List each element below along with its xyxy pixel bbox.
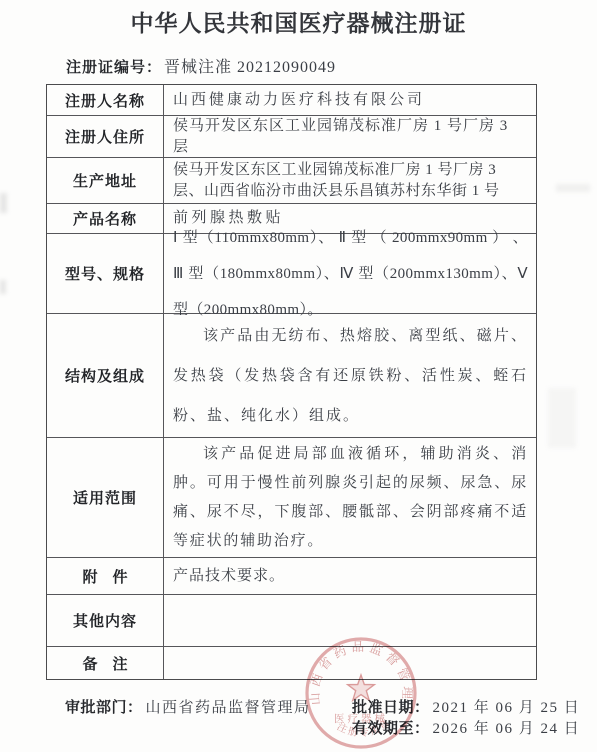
table-row-registrant-address: 注册人住所 侯马开发区东区工业园锦茂标准厂房 1 号厂房 3 层 xyxy=(47,115,536,157)
row-content: 侯马开发区东区工业园锦茂标准厂房 1 号厂房 3 层、山西省临汾市曲沃县乐昌镇苏… xyxy=(173,160,528,202)
row-label: 其他内容 xyxy=(47,595,164,646)
table-row-registrant-name: 注册人名称 山西健康动力医疗科技有限公司 xyxy=(47,85,536,115)
row-label: 适用范围 xyxy=(47,438,164,557)
row-label: 型号、规格 xyxy=(47,234,164,313)
scan-artifact xyxy=(0,280,6,294)
scan-artifact xyxy=(0,193,7,213)
valid-until-label: 有效期至： xyxy=(352,720,430,737)
approval-date: 批准日期：2021 年 06 月 25 日 xyxy=(352,696,580,717)
table-row-other-content: 其他内容 xyxy=(47,594,536,646)
row-content: 侯马开发区东区工业园锦茂标准厂房 1 号厂房 3 层 xyxy=(173,116,528,158)
row-content: 山西健康动力医疗科技有限公司 xyxy=(173,90,528,111)
row-label: 备 注 xyxy=(47,647,164,679)
scan-artifact xyxy=(556,184,590,192)
row-label: 结构及组成 xyxy=(47,314,164,437)
registration-number-value: 晋械注准 20212090049 xyxy=(164,59,336,76)
scan-artifact xyxy=(548,388,576,448)
certificate-page: 中华人民共和国医疗器械注册证 注册证编号：晋械注准 20212090049 注册… xyxy=(0,0,597,752)
row-content: 产品技术要求。 xyxy=(173,566,528,587)
table-row-production-address: 生产地址 侯马开发区东区工业园锦茂标准厂房 1 号厂房 3 层、山西省临汾市曲沃… xyxy=(47,157,536,203)
table-row-attachment: 附 件 产品技术要求。 xyxy=(47,557,536,594)
certificate-table: 注册人名称 山西健康动力医疗科技有限公司 注册人住所 侯马开发区东区工业园锦茂标… xyxy=(46,84,537,680)
approval-department: 审批部门：山西省药品监督管理局 xyxy=(65,696,311,717)
approval-department-value: 山西省药品监督管理局 xyxy=(146,700,311,716)
row-label: 附 件 xyxy=(47,558,164,594)
row-content: 该产品促进局部血液循环，辅助消炎、消肿。可用于慢性前列腺炎引起的尿频、尿急、尿痛… xyxy=(173,440,528,556)
row-label: 产品名称 xyxy=(47,204,164,233)
row-label: 注册人名称 xyxy=(47,85,164,115)
row-content: 该产品由无纺布、热熔胶、离型纸、磁片、发热袋（发热袋含有还原铁粉、活性炭、蛭石粉… xyxy=(173,316,528,436)
table-row-structure-composition: 结构及组成 该产品由无纺布、热熔胶、离型纸、磁片、发热袋（发热袋含有还原铁粉、活… xyxy=(47,313,536,437)
valid-until-value: 2026 年 06 月 24 日 xyxy=(433,721,581,737)
approval-date-value: 2021 年 06 月 25 日 xyxy=(433,700,581,716)
table-row-remarks: 备 注 xyxy=(47,646,536,679)
certificate-title: 中华人民共和国医疗器械注册证 xyxy=(0,5,597,38)
approval-date-label: 批准日期： xyxy=(352,699,430,716)
valid-until-date: 有效期至：2026 年 06 月 24 日 xyxy=(352,717,580,738)
table-row-scope-of-application: 适用范围 该产品促进局部血液循环，辅助消炎、消肿。可用于慢性前列腺炎引起的尿频、… xyxy=(47,437,536,557)
table-row-model-spec: 型号、规格 Ⅰ 型（110mmx80mm）、 Ⅱ 型 （ 200mmx90mm … xyxy=(47,233,536,313)
row-label: 注册人住所 xyxy=(47,116,164,157)
registration-number: 注册证编号：晋械注准 20212090049 xyxy=(66,54,336,77)
row-label: 生产地址 xyxy=(47,158,164,203)
registration-number-label: 注册证编号： xyxy=(66,59,162,76)
row-content: Ⅰ 型（110mmx80mm）、 Ⅱ 型 （ 200mmx90mm ） 、 Ⅲ … xyxy=(173,220,528,328)
approval-department-label: 审批部门： xyxy=(65,699,143,716)
